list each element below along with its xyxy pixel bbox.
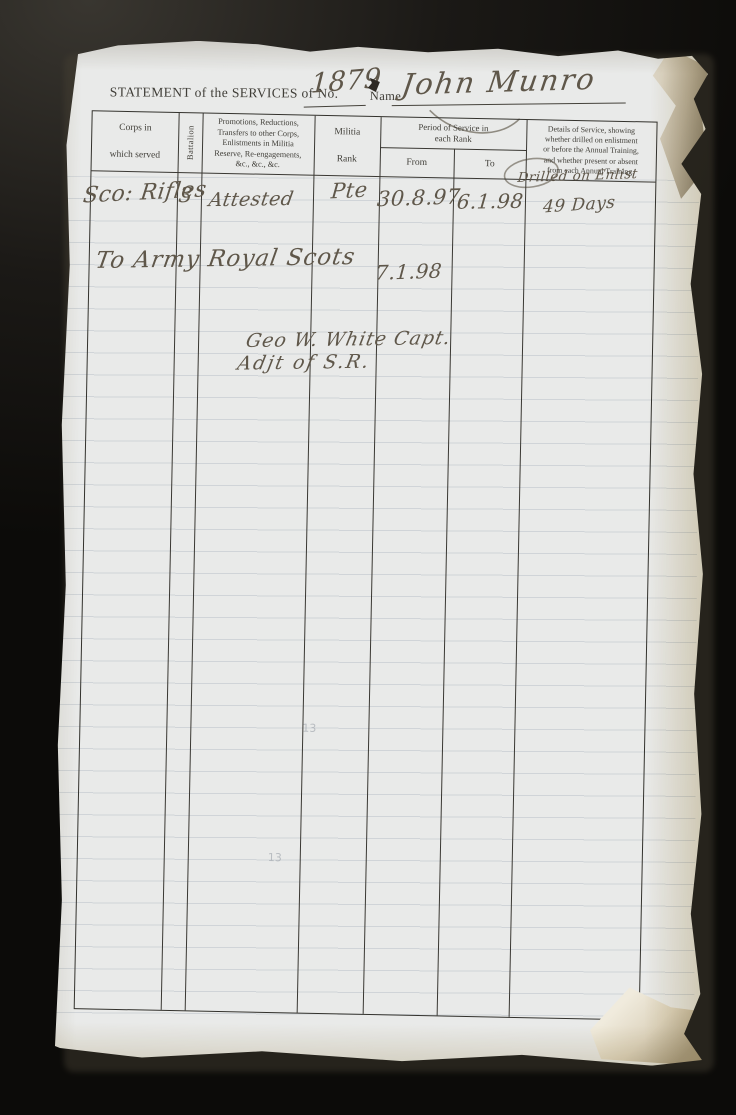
header-battalion: Battalion [178, 113, 203, 172]
header-to: To [453, 150, 526, 178]
header-promotions: Promotions, Reductions, Transfers to oth… [202, 116, 315, 173]
adjutant-signature-rank: Adjt of S.R. [236, 351, 373, 375]
column-divider [509, 120, 528, 1017]
soldier-name-signature: John Munro [399, 62, 598, 102]
header-period-of-service: Period of Service in each Rank [380, 118, 527, 149]
name-label: Name [370, 89, 402, 104]
entry-date-to: 6.1.98 [456, 189, 525, 214]
entry-transfer-date: 7.1.98 [375, 259, 443, 285]
entry-details-line1: Drilled on Enlist [517, 166, 639, 186]
pencil-mark: 13 [302, 722, 316, 735]
pencil-mark: 13 [268, 851, 282, 864]
services-table: Corps in which served Battalion Promotio… [74, 110, 658, 1020]
header-corps: Corps in which served [92, 114, 179, 169]
adjutant-signature: Geo W. White Capt. [244, 327, 453, 352]
entry-battalion: 3 [178, 183, 195, 207]
header-from: From [379, 148, 454, 176]
photo-background: { "colors": { "ink": "#5f574a", "print":… [0, 0, 736, 1115]
header-militia-rank: Militia Rank [314, 119, 381, 173]
entry-details-line2: 49 Days [542, 193, 616, 218]
document-paper: STATEMENT of the SERVICES of No. 1879 Na… [52, 40, 708, 1066]
page-title: STATEMENT of the SERVICES of No. [110, 84, 339, 101]
entry-promotions: Attested [207, 188, 295, 211]
name-underline [392, 102, 626, 106]
entry-transfer: To Army Royal Scots [94, 244, 358, 274]
entry-rank: Pte [330, 177, 369, 203]
number-underline [304, 105, 366, 108]
column-divider [363, 117, 382, 1014]
entry-date-from: 30.8.97 [376, 184, 461, 211]
